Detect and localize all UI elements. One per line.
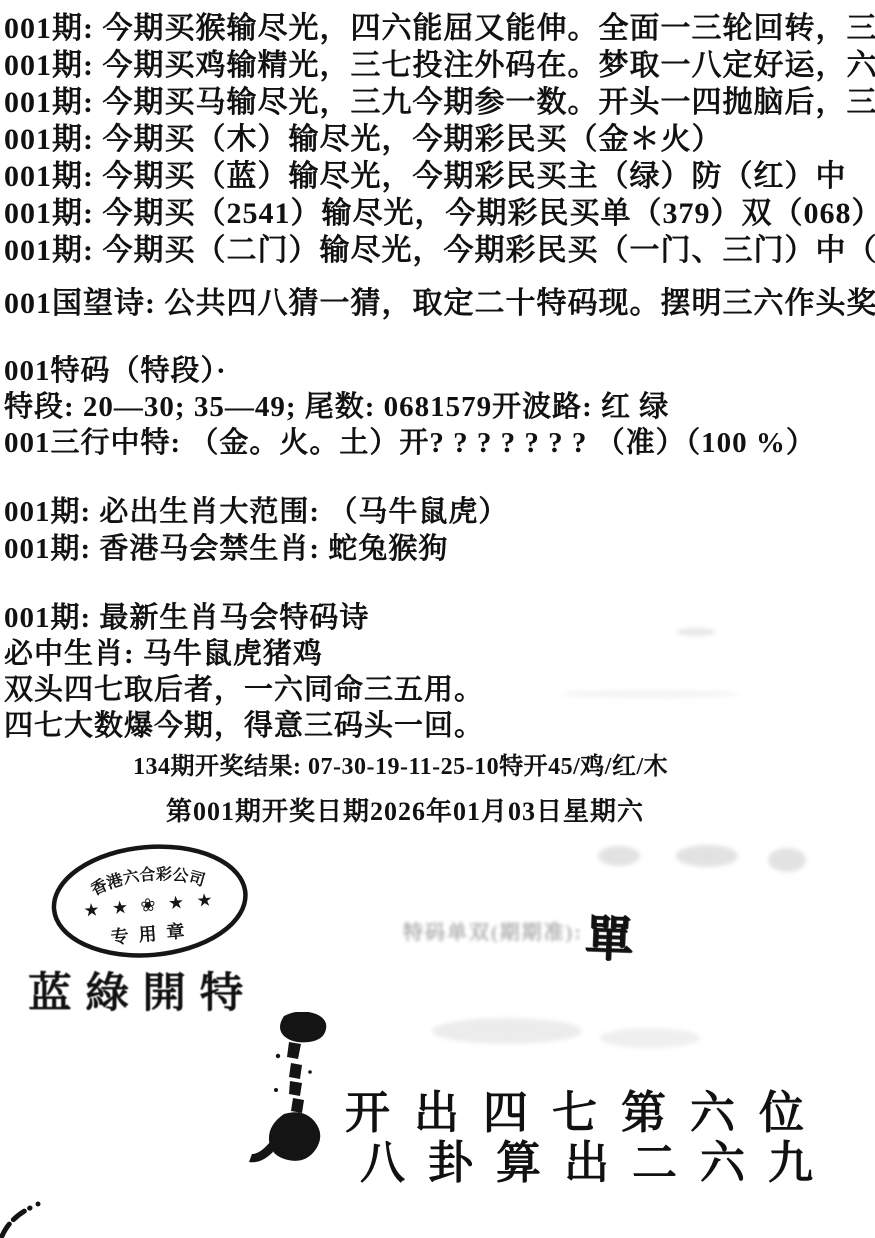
ink-smudge (676, 845, 738, 867)
ink-smudge (768, 848, 806, 872)
last-result-line: 134期开奖结果: 07-30-19-11-25-10特开45/鸡/红/木 (133, 746, 668, 781)
tip-line: 001期: 今期买鸡输精光，三七投注外码在。梦取一八定好运，六字前后锁二四。 (4, 47, 875, 84)
tip-line: 001期: 今期买（2541）输尽光，今期彩民买单（379）双（068）尾中 (4, 195, 875, 232)
special-code-block: 001特码（特段）· 特段: 20—30; 35—49; 尾数: 0681579… (4, 353, 816, 461)
draw-date-line: 第001期开奖日期2026年01月03日星期六 (166, 791, 644, 828)
tip-line: 001期: 今期买（蓝）输尽光，今期彩民买主（绿）防（红）中 (4, 158, 875, 195)
zodiac-ban-line: 001期: 香港马会禁生肖: 蛇兔猴狗 (4, 531, 508, 568)
tip-line: 001期: 今期买（木）输尽光，今期彩民买（金＊火） (4, 121, 875, 158)
zodiac-poem-line: 双头四七取后者，一六同命三五用。 (4, 672, 484, 708)
ink-smudge (432, 1018, 582, 1044)
ink-smudge (676, 628, 716, 636)
ink-smudge (600, 1028, 700, 1048)
faint-illegible-note: 特码单双(期期准): (403, 916, 583, 945)
three-element-line: 001三行中特: （金。火。土）开? ? ? ? ? ? ? （准）（100 %… (4, 425, 816, 461)
guowang-poem-line: 001国望诗: 公共四八猜一猜，取定二十特码现。摆明三六作头奖，一七齐攻八走红。 (4, 278, 875, 322)
stamp-oval-icon: 香港六合彩公司 ★ ★ ❀ ★ ★ 专用章 (43, 833, 257, 970)
snake-icon (248, 1012, 348, 1170)
ink-smudge (560, 690, 740, 698)
tip-lines-block: 001期: 今期买猴输尽光，四六能屈又能伸。全面一三轮回转，三九拼合定格局。 0… (4, 10, 875, 269)
zodiac-poem-line: 四七大数爆今期，得意三码头一回。 (4, 708, 484, 744)
snake-ink-figure (248, 1012, 348, 1175)
blue-green-label: 蓝綠開特 (28, 960, 257, 1020)
stamp-bottom-text: 专用章 (110, 919, 196, 947)
bottom-big-line-2: 八卦算出二六九 (360, 1126, 836, 1191)
special-code-title: 001特码（特段）· (4, 353, 816, 389)
zodiac-must-line: 001期: 必出生肖大范围: （马牛鼠虎） (4, 494, 508, 531)
zodiac-poem-block: 001期: 最新生肖马会特码诗 必中生肖: 马牛鼠虎猪鸡 双头四七取后者，一六同… (4, 600, 484, 744)
pen-flick-icon (0, 1192, 70, 1238)
pen-flick-mark (0, 1192, 70, 1238)
zodiac-poem-line: 必中生肖: 马牛鼠虎猪鸡 (4, 636, 484, 672)
special-range-line: 特段: 20—30; 35—49; 尾数: 0681579开波路: 红 绿 (4, 389, 816, 425)
scanned-lottery-sheet: 001期: 今期买猴输尽光，四六能屈又能伸。全面一三轮回转，三九拼合定格局。 0… (0, 0, 875, 1238)
tip-line: 001期: 今期买猴输尽光，四六能屈又能伸。全面一三轮回转，三九拼合定格局。 (4, 10, 875, 47)
zodiac-poem-title: 001期: 最新生肖马会特码诗 (4, 600, 484, 636)
ink-smudge (598, 846, 640, 866)
tip-line: 001期: 今期买（二门）输尽光，今期彩民买（一门、三门）中（禾） (4, 232, 875, 269)
dan-character: 單 (584, 899, 634, 970)
tip-line: 001期: 今期买马输尽光，三九今期参一数。开头一四抛脑后，三九乘数得五六。 (4, 84, 875, 121)
zodiac-block: 001期: 必出生肖大范围: （马牛鼠虎） 001期: 香港马会禁生肖: 蛇兔猴… (4, 494, 508, 568)
company-stamp: 香港六合彩公司 ★ ★ ❀ ★ ★ 专用章 (43, 833, 257, 975)
